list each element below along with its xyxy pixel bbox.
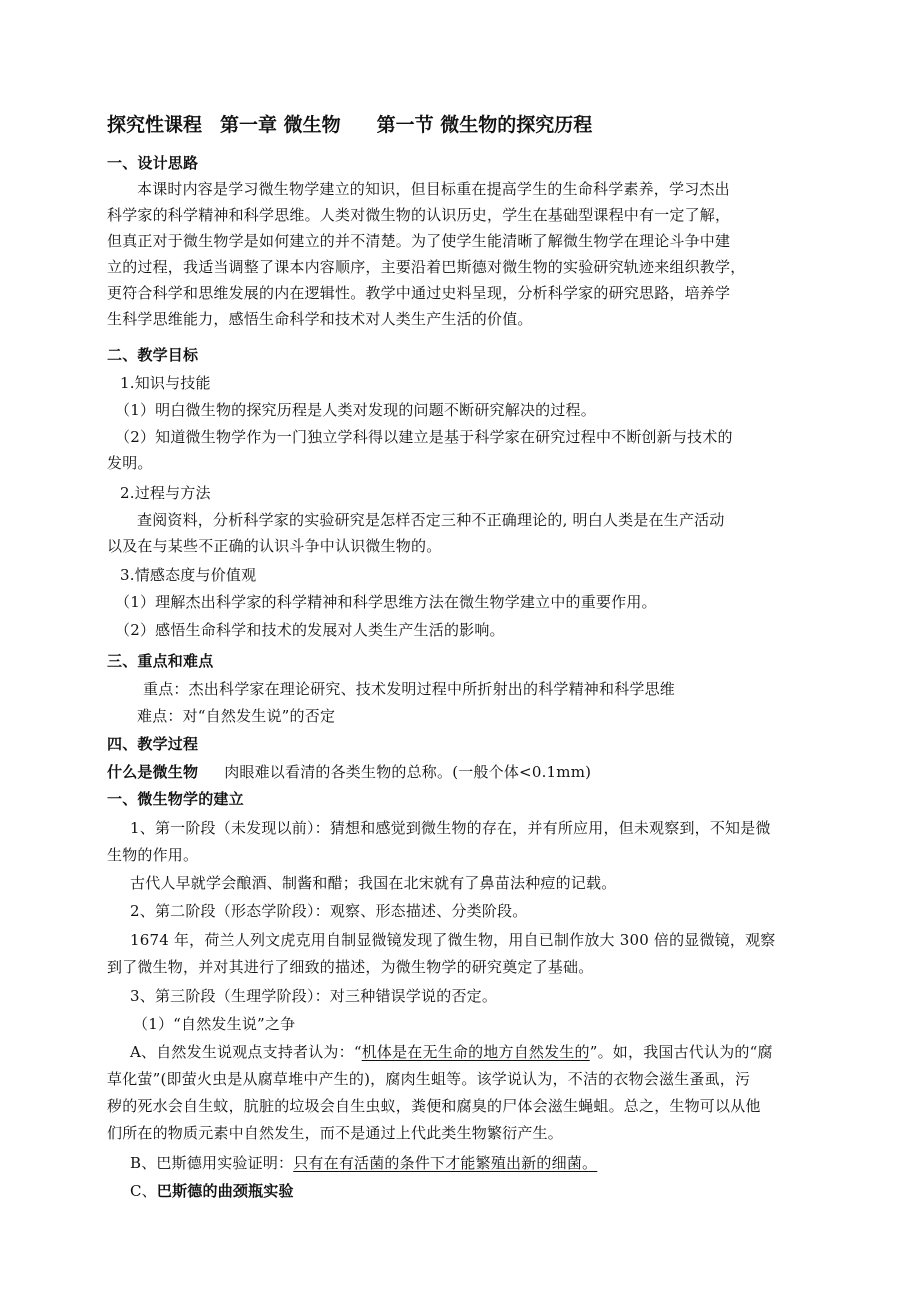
- heading-goals: 二、教学目标: [107, 345, 198, 365]
- microbe-definition: 什么是微生物肉眼难以看清的各类生物的总称。(一般个体<0.1mm): [107, 762, 591, 782]
- design-paragraph-line: 但真正对于微生物学是如何建立的并不清楚。为了使学生能清晰了解微生物学在理论斗争中…: [107, 231, 730, 251]
- goal-process-text-cont: 以及在与某些不正确的认识斗争中认识微生物的。: [107, 536, 441, 556]
- keypoint-difficulty: 难点：对“自然发生说”的否定: [137, 706, 335, 726]
- stage-3: 3、第三阶段（生理学阶段）：对三种错误学说的否定。: [130, 986, 497, 1006]
- subheading-establishment: 一、微生物学的建立: [107, 789, 244, 809]
- design-paragraph-line: 科学家的科学精神和科学思维。人类对微生物的认识历史，学生在基础型课程中有一定了解…: [107, 205, 730, 225]
- goal-knowledge-item-2-cont: 发明。: [107, 453, 153, 473]
- definition-term: 什么是微生物: [107, 763, 198, 781]
- point-a-prefix: A、自然发生说观点支持者认为：“: [130, 1043, 362, 1061]
- stage-1-example: 古代人早就学会酿酒、制酱和醋；我国在北宋就有了鼻苗法种痘的记载。: [130, 873, 616, 893]
- goal-process-label: 2.过程与方法: [120, 483, 211, 503]
- title-course: 探究性课程: [107, 114, 202, 136]
- goal-attitude-label: 3.情感态度与价值观: [120, 565, 256, 585]
- goal-process-text: 查阅资料，分析科学家的实验研究是怎样否定三种不正确理论的, 明白人类是在生产活动: [137, 510, 725, 530]
- heading-process: 四、教学过程: [107, 734, 198, 754]
- goal-knowledge-item-2: （2）知道微生物学作为一门独立学科得以建立是基于科学家在研究过程中不断创新与技术…: [115, 427, 733, 447]
- title-section: 第一节 微生物的探究历程: [377, 114, 593, 136]
- point-c: C、巴斯德的曲颈瓶实验: [130, 1181, 294, 1201]
- design-paragraph-line: 更符合科学和思维发展的内在逻辑性。教学中通过史料呈现，分析科学家的研究思路，培养…: [107, 283, 730, 303]
- keypoint-focus: 重点：杰出科学家在理论研究、技术发明过程中所折射出的科学精神和科学思维: [143, 679, 675, 699]
- heading-keypoints: 三、重点和难点: [107, 651, 213, 671]
- point-a-cont: 草化萤”(即萤火虫是从腐草堆中产生的)，腐肉生蛆等。该学说认为，不洁的衣物会滋生…: [107, 1069, 750, 1089]
- point-c-prefix: C、: [130, 1182, 157, 1200]
- point-c-title: 巴斯德的曲颈瓶实验: [157, 1182, 294, 1200]
- point-a-suffix: ”。如，我国古代认为的“腐: [590, 1043, 773, 1061]
- design-paragraph-line: 生科学思维能力，感悟生命科学和技术对人类生产生活的价值。: [107, 309, 533, 329]
- point-b-prefix: B、巴斯德用实验证明：: [130, 1154, 293, 1172]
- goal-attitude-item-1: （1）理解杰出科学家的科学精神和科学思维方法在微生物学建立中的重要作用。: [115, 592, 657, 612]
- definition-text: 肉眼难以看清的各类生物的总称。(一般个体<0.1mm): [224, 763, 591, 781]
- stage-1: 1、第一阶段（未发现以前）：猜想和感觉到微生物的存在，并有所应用，但未观察到，不…: [130, 818, 771, 838]
- design-paragraph-line: 立的过程，我适当调整了课本内容顺序，主要沿着巴斯德对微生物的实验研究轨迹来组织教…: [107, 257, 745, 277]
- point-a-cont: 秽的死水会自生蚊，肮脏的垃圾会自生虫蚁，粪便和腐臭的尸体会滋生蝇蛆。总之，生物可…: [107, 1096, 761, 1116]
- point-a-cont: 们所在的物质元素中自然发生，而不是通过上代此类生物繁衍产生。: [107, 1123, 563, 1143]
- design-paragraph-line: 本课时内容是学习微生物学建立的知识，但目标重在提高学生的生命科学素养，学习杰出: [137, 179, 730, 199]
- title-chapter: 第一章 微生物: [220, 114, 341, 136]
- stage-2-detail-cont: 到了微生物，并对其进行了细致的描述，为微生物学的研究奠定了基础。: [107, 957, 593, 977]
- point-a-underlined: 机体是在无生命的地方自然发生的: [362, 1043, 590, 1061]
- debate-title: （1）“自然发生说”之争: [133, 1014, 295, 1034]
- stage-1-cont: 生物的作用。: [107, 845, 198, 865]
- goal-knowledge-item-1: （1）明白微生物的探究历程是人类对发现的问题不断研究解决的过程。: [115, 400, 596, 420]
- point-a: A、自然发生说观点支持者认为：“机体是在无生命的地方自然发生的”。如，我国古代认…: [130, 1042, 773, 1062]
- goal-attitude-item-2: （2）感悟生命科学和技术的发展对人类生产生活的影响。: [115, 620, 505, 640]
- goal-knowledge-label: 1.知识与技能: [120, 373, 211, 393]
- document-title: 探究性课程第一章 微生物第一节 微生物的探究历程: [107, 112, 592, 138]
- point-b-underlined: 只有在有活菌的条件下才能繁殖出新的细菌。: [293, 1154, 597, 1172]
- document-page: 探究性课程第一章 微生物第一节 微生物的探究历程 一、设计思路 本课时内容是学习…: [0, 0, 920, 1302]
- heading-design: 一、设计思路: [107, 153, 198, 173]
- point-b: B、巴斯德用实验证明：只有在有活菌的条件下才能繁殖出新的细菌。: [130, 1153, 597, 1173]
- stage-2: 2、第二阶段（形态学阶段）：观察、形态描述、分类阶段。: [130, 901, 527, 921]
- stage-2-detail: 1674 年，荷兰人列文虎克用自制显微镜发现了微生物，用自已制作放大 300 倍…: [130, 930, 776, 950]
